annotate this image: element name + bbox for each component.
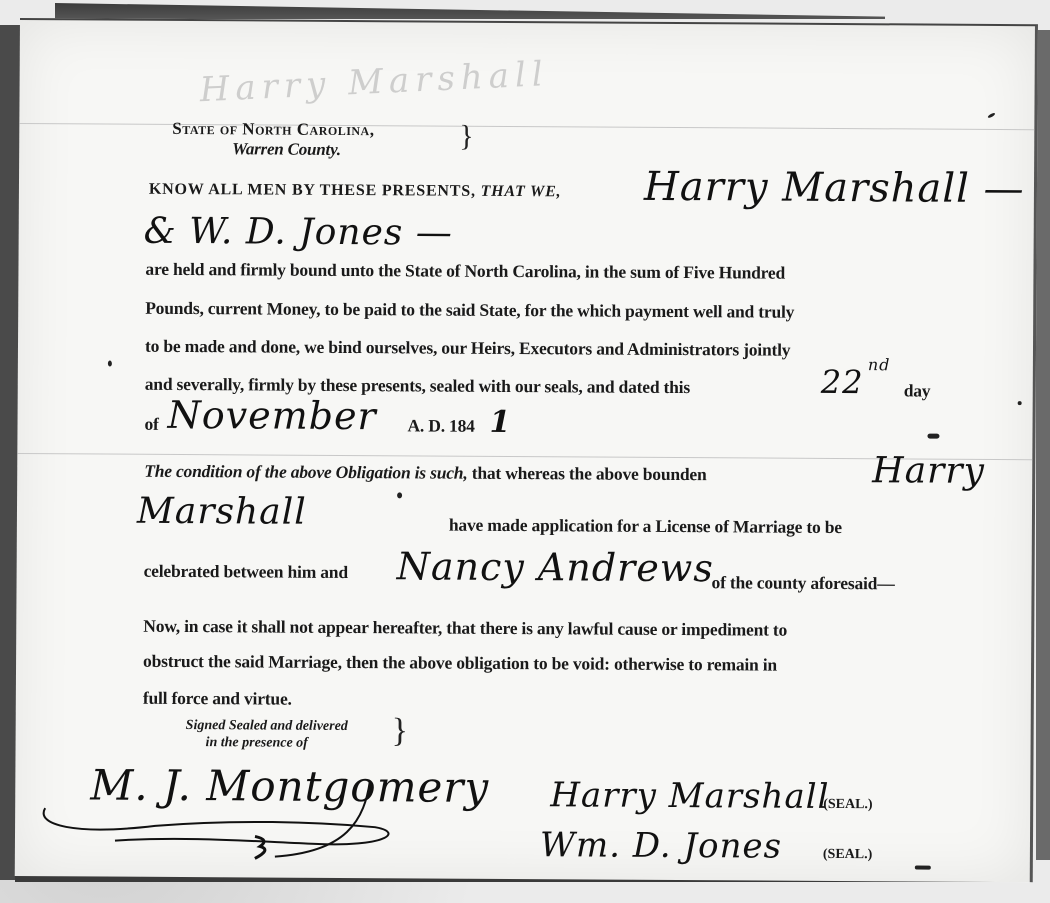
celebrated-line: celebrated between him and — [144, 561, 348, 583]
handwritten-day: 22 — [821, 363, 864, 401]
closing-line-2: obstruct the said Marriage, then the abo… — [143, 651, 777, 676]
header-brace: } — [459, 123, 474, 150]
closing-line-3: full force and virtue. — [143, 688, 292, 710]
handwritten-groom-first: Harry — [872, 450, 985, 492]
signature-wm-jones: Wm. D. Jones — [540, 825, 782, 866]
application-line: have made application for a License of M… — [449, 515, 842, 538]
handwritten-groom-last: Marshall — [137, 491, 307, 533]
handwritten-bride: Nancy Andrews — [397, 544, 714, 590]
body-line-3: to be made and done, we bind ourselves, … — [145, 336, 790, 361]
witness-label-1: Signed Sealed and delivered — [186, 718, 348, 735]
ink-speck — [108, 361, 112, 367]
seal-label-2: (SEAL.) — [823, 847, 873, 863]
signature-harry-marshall: Harry Marshall — [550, 775, 829, 817]
body-line-2: Pounds, current Money, to be paid to the… — [145, 298, 794, 323]
ink-speck — [1018, 401, 1022, 405]
body-line-1: are held and firmly bound unto the State… — [145, 259, 785, 284]
handwritten-obligor-1: Harry Marshall — — [644, 164, 1025, 212]
preamble-italic: THAT WE, — [481, 183, 562, 200]
preamble-lead: KNOW ALL MEN BY THESE PRESENTS, — [149, 181, 476, 200]
ink-speck — [927, 434, 939, 439]
preamble-printed: KNOW ALL MEN BY THESE PRESENTS, THAT WE, — [149, 181, 562, 202]
handwritten-month: November — [167, 393, 376, 438]
witness-flourish — [35, 780, 415, 862]
faded-bleedthrough-text: Harry Marshall — [199, 54, 550, 110]
month-ad: A. D. 184 — [407, 415, 474, 436]
handwritten-obligor-2: & W. D. Jones — — [144, 211, 453, 254]
condition-printed: that whereas the above bounden — [472, 463, 707, 484]
handwritten-year-digit: 1 — [489, 405, 511, 440]
witness-brace: } — [392, 716, 409, 747]
witness-label-2: in the presence of — [206, 735, 308, 752]
seal-label-1: (SEAL.) — [823, 797, 873, 813]
scan-right-edge — [1036, 30, 1050, 860]
ink-speck — [397, 492, 402, 498]
marriage-bond-document: Harry Marshall State of North Carolina, … — [15, 18, 1038, 882]
condition-italic: The condition of the above Obligation is… — [144, 461, 467, 483]
closing-line-1: Now, in case it shall not appear hereaft… — [143, 616, 787, 641]
header-state: State of North Carolina, — [172, 119, 374, 140]
county-line: of the county aforesaid— — [711, 572, 894, 594]
dated-day-word: day — [904, 380, 931, 401]
ink-speck — [915, 865, 931, 869]
header-county: Warren County. — [232, 139, 341, 160]
condition-line: The condition of the above Obligation is… — [144, 461, 706, 485]
handwritten-day-suffix: nd — [868, 355, 891, 374]
month-of: of — [144, 414, 158, 435]
ink-speck — [987, 112, 995, 119]
